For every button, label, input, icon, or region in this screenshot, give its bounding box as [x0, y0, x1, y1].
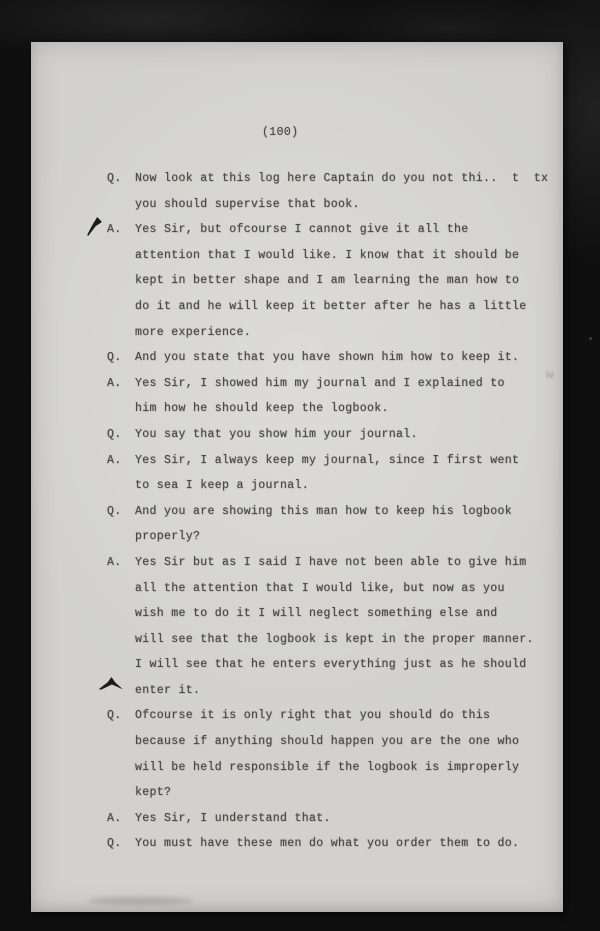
transcript-line: Q. Ofcourse it is only right that you sh… [31, 703, 563, 729]
transcript-line: him how he should keep the logbook. [31, 396, 563, 422]
line-text: Now look at this log here Captain do you… [135, 166, 548, 192]
line-text: kept? [135, 780, 171, 806]
speaker-label: A. [107, 371, 135, 397]
line-text: Yes Sir, I always keep my journal, since… [135, 448, 519, 474]
line-text: wish me to do it I will neglect somethin… [135, 601, 498, 627]
line-text: Yes Sir, but ofcourse I cannot give it a… [135, 217, 469, 243]
line-text: him how he should keep the logbook. [135, 396, 389, 422]
line-text: And you are showing this man how to keep… [135, 499, 512, 525]
speaker-label: Q. [107, 166, 135, 192]
transcript-line: you should supervise that book. [31, 192, 563, 218]
speaker-label: A. [107, 448, 135, 474]
speaker-label: A. [107, 550, 135, 576]
transcript-line: wish me to do it I will neglect somethin… [31, 601, 563, 627]
speaker-label: Q. [107, 422, 135, 448]
transcript-line: will see that the logbook is kept in the… [31, 627, 563, 653]
line-text: You say that you show him your journal. [135, 422, 418, 448]
line-text: And you state that you have shown him ho… [135, 345, 519, 371]
transcript-line: Q. You must have these men do what you o… [31, 831, 563, 857]
transcript-line: A. Yes Sir, but ofcourse I cannot give i… [31, 217, 563, 243]
line-text: do it and he will keep it better after h… [135, 294, 527, 320]
speaker-label: A. [107, 217, 135, 243]
page-number: (100) [262, 126, 299, 139]
transcript-line: do it and he will keep it better after h… [31, 294, 563, 320]
line-text: properly? [135, 524, 200, 550]
speaker-label: A. [107, 806, 135, 832]
dust-speck [589, 337, 592, 340]
transcript-line: because if anything should happen you ar… [31, 729, 563, 755]
line-text: Yes Sir, I showed him my journal and I e… [135, 371, 505, 397]
transcript-line: all the attention that I would like, but… [31, 576, 563, 602]
transcript-line: Q. And you state that you have shown him… [31, 345, 563, 371]
transcript-line: A. Yes Sir, I always keep my journal, si… [31, 448, 563, 474]
smudge [88, 897, 193, 905]
line-text: will see that the logbook is kept in the… [135, 627, 534, 653]
line-text: attention that I would like. I know that… [135, 243, 519, 269]
transcript-line: Q. Now look at this log here Captain do … [31, 166, 563, 192]
line-text: you should supervise that book. [135, 192, 360, 218]
transcript-line: A. Yes Sir but as I said I have not been… [31, 550, 563, 576]
transcript-line: kept? [31, 780, 563, 806]
line-text: I will see that he enters everything jus… [135, 652, 527, 678]
transcript-line: properly? [31, 524, 563, 550]
transcript-line: more experience. [31, 320, 563, 346]
line-text: will be held responsible if the logbook … [135, 755, 519, 781]
transcript-line: I will see that he enters everything jus… [31, 652, 563, 678]
document-page: (100) Q. Now look at this log here Capta… [31, 42, 563, 912]
transcript-line: A. Yes Sir, I understand that. [31, 806, 563, 832]
transcript-line: will be held responsible if the logbook … [31, 755, 563, 781]
line-text: more experience. [135, 320, 251, 346]
transcript-line: attention that I would like. I know that… [31, 243, 563, 269]
speaker-label: Q. [107, 345, 135, 371]
line-text: because if anything should happen you ar… [135, 729, 519, 755]
speaker-label: Q. [107, 831, 135, 857]
line-text: to sea I keep a journal. [135, 473, 309, 499]
transcript-line: Q. And you are showing this man how to k… [31, 499, 563, 525]
line-text: You must have these men do what you orde… [135, 831, 519, 857]
line-text: kept in better shape and I am learning t… [135, 268, 519, 294]
line-text: all the attention that I would like, but… [135, 576, 505, 602]
line-text: Yes Sir but as I said I have not been ab… [135, 550, 527, 576]
line-text: Ofcourse it is only right that you shoul… [135, 703, 490, 729]
transcript-line: A. Yes Sir, I showed him my journal and … [31, 371, 563, 397]
transcript-line: to sea I keep a journal. [31, 473, 563, 499]
speaker-label: Q. [107, 499, 135, 525]
scan-frame: (100) Q. Now look at this log here Capta… [0, 0, 600, 931]
speaker-label: Q. [107, 703, 135, 729]
line-text: enter it. [135, 678, 200, 704]
transcript: Q. Now look at this log here Captain do … [31, 166, 563, 857]
transcript-line: Q. You say that you show him your journa… [31, 422, 563, 448]
line-text: Yes Sir, I understand that. [135, 806, 331, 832]
transcript-line: kept in better shape and I am learning t… [31, 268, 563, 294]
